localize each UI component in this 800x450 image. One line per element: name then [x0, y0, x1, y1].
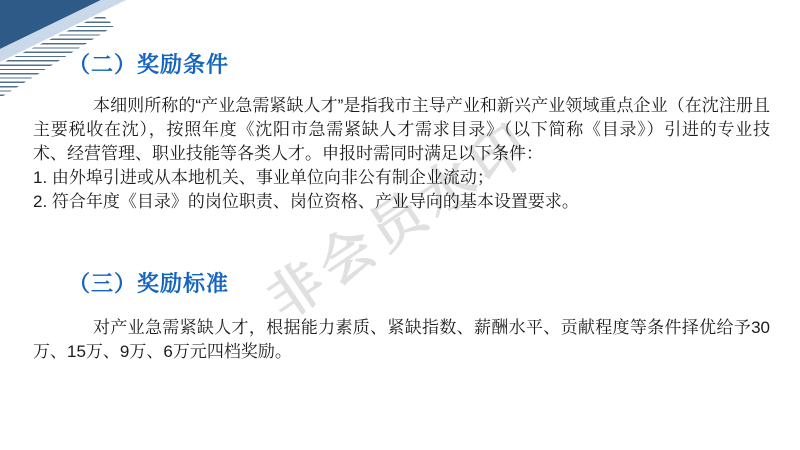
reward-standards-paragraph: 对产业急需紧缺人才，根据能力素质、紧缺指数、薪酬水平、贡献程度等条件择优给予30…	[33, 316, 770, 364]
reward-conditions-paragraph: 本细则所称的“产业急需紧缺人才”是指我市主导产业和新兴产业领域重点企业（在沈注册…	[33, 94, 770, 166]
condition-item-1: 1. 由外埠引进或从本地机关、事业单位向非公有制企业流动；	[33, 166, 770, 190]
section-heading-reward-conditions: （二）奖励条件	[68, 48, 229, 79]
reward-standards-body: 对产业急需紧缺人才，根据能力素质、紧缺指数、薪酬水平、贡献程度等条件择优给予30…	[33, 316, 770, 364]
condition-item-2: 2. 符合年度《目录》的岗位职责、岗位资格、产业导向的基本设置要求。	[33, 190, 770, 214]
section-heading-reward-standards: （三）奖励标准	[68, 267, 229, 298]
reward-conditions-body: 本细则所称的“产业急需紧缺人才”是指我市主导产业和新兴产业领域重点企业（在沈注册…	[33, 94, 770, 214]
